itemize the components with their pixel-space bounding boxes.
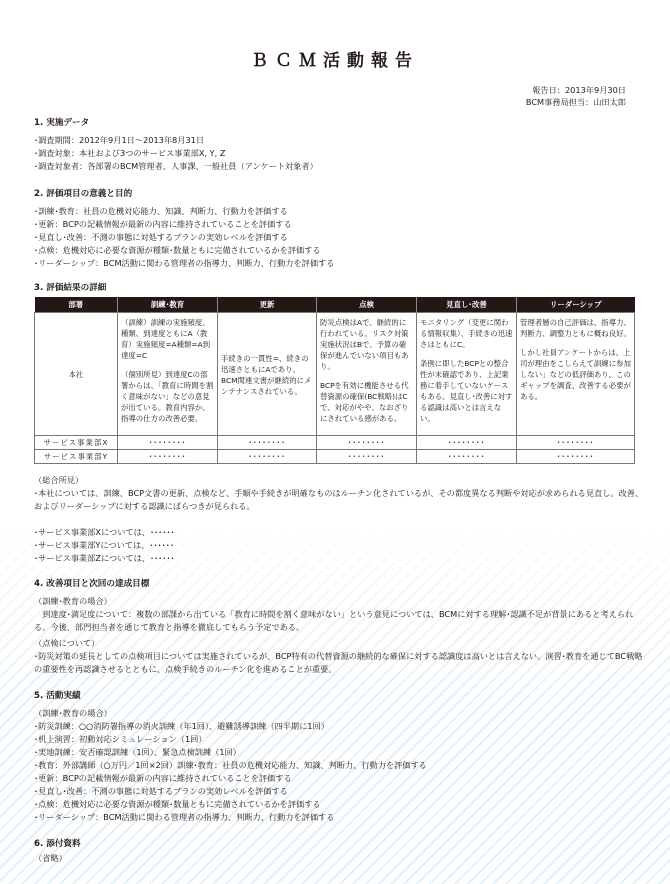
attachments-text: （省略） — [34, 852, 644, 865]
overall-findings: （総合所見） ･本社については、訓練、BCP文書の更新、点検など、手順や手続きが… — [34, 474, 644, 565]
section-heading: 5. 活動実績 — [34, 690, 644, 703]
report-author: BCM事務局担当：山田太郎 — [526, 96, 626, 108]
table-row: サービス事業部X ････････ ････････ ････････ ････… — [35, 436, 635, 450]
sub-label: （訓練･教育の場合） — [34, 707, 644, 720]
list-item: ･見直し･改善：不測の事態に対処するプランの実効レベルを評価する — [34, 231, 644, 244]
dept-cell: サービス事業部X — [35, 436, 118, 450]
cell-text: （訓練）訓練の実施頻度、種類、到達度ともにA（教育）実施頻度=A種類=A到達度=… — [121, 317, 214, 361]
section-evaluation-purpose: 2. 評価項目の意義と目的 ･訓練･教育：社員の危機対応能力、知識、判断力、行動… — [34, 188, 644, 270]
table-cell: ････････ — [517, 450, 635, 464]
list-item: ･調査対象：本社および3つのサービス事業部X, Y, Z — [34, 147, 644, 160]
table-cell: ････････ — [417, 450, 517, 464]
cell-text: モニタリング（変更に関わる情報収集）、手続きの迅速さはともにC。 — [420, 317, 513, 350]
report-page: ＢＣＭ活動報告 報告日：2013年9月30日 BCM事務局担当：山田太郎 1. … — [0, 0, 670, 884]
list-item: ･点検：危機対応に必要な資源が種類･数量ともに完備されているかを評価する — [34, 244, 644, 257]
table-row: 本社 （訓練）訓練の実施頻度、種類、到達度ともにA（教育）実施頻度=A種類=A到… — [35, 313, 635, 436]
list-item: ･調査対象者：各部署のBCM管理者、人事課、一般社員（アンケート対象者） — [34, 160, 644, 173]
table-cell: ････････ — [417, 436, 517, 450]
list-item: ･教育：外部講師（○万円／1回×2回）訓練･教育：社員の危機対応能力、知識、判断… — [34, 759, 644, 772]
column-header: 点検 — [317, 297, 417, 313]
cell-text: （個別所見）到達度Cの部署からは、「教育に時間を割く意味がない」などの意見が出て… — [121, 369, 214, 424]
cell-text: 管理者層の自己評価は、指導力、判断力、調整力ともに概ね良好。 — [520, 317, 631, 339]
table-cell: ････････ — [218, 450, 317, 464]
update-cell: 手続きの一貫性=、続きの迅速さともにAであり、BCM関連文書が継続的にメンテナン… — [218, 313, 317, 436]
table-cell: ････････ — [317, 450, 417, 464]
list-item: ･サービス事業部Xについては、･･････ — [34, 526, 644, 539]
list-item: ･机上演習：初動対応シミュレーション（1回） — [34, 733, 644, 746]
section-implementation-data: 1. 実施データ ･調査期間：2012年9月1日～2013年8月31日 ･調査対… — [34, 117, 644, 173]
section-heading: 6. 添付資料 — [34, 838, 644, 851]
list-item: ･サービス事業部Yについては、･･････ — [34, 539, 644, 552]
document-title: ＢＣＭ活動報告 — [0, 46, 670, 71]
review-cell: モニタリング（変更に関わる情報収集）、手続きの迅速さはともにC。 条例に即したB… — [417, 313, 517, 436]
cell-text: 手続きの一貫性=、続きの迅速さともにAであり、BCM関連文書が継続的にメンテナン… — [221, 353, 313, 397]
section-heading: 1. 実施データ — [34, 117, 644, 130]
section-attachments: 6. 添付資料 （省略） — [34, 838, 644, 865]
table-cell: ････････ — [118, 436, 218, 450]
table-header-row: 部署 訓練･教育 更新 点検 見直し･改善 リーダーシップ — [35, 297, 635, 313]
section-improvements: 4. 改善項目と次回の達成目標 （訓練･教育の場合） 到達度･満足度について：複… — [34, 578, 644, 676]
column-header: 更新 — [218, 297, 317, 313]
column-header: リーダーシップ — [517, 297, 635, 313]
table-cell: ････････ — [118, 450, 218, 464]
sub-label: （訓練･教育の場合） — [34, 595, 644, 608]
dept-cell: 本社 — [35, 313, 118, 436]
section-heading: 4. 改善項目と次回の達成目標 — [34, 578, 644, 591]
table-cell: ････････ — [317, 436, 417, 450]
list-item: ･サービス事業部Zについては、･･････ — [34, 552, 644, 565]
summary-label: （総合所見） — [34, 474, 644, 487]
inspection-cell: 防災点検はAで、継続的に行われている。リスク対策実施状況はBで、予算の確保が進ん… — [317, 313, 417, 436]
list-item: ･リーダーシップ：BCM活動に関わる管理者の指導力、判断力、行動力を評価する — [34, 811, 644, 824]
list-item: ･点検：危機対応に必要な資源が種類･数量ともに完備されているかを評価する — [34, 798, 644, 811]
cell-text: しかし社員アンケートからは、上司が理由をこしらえて訓練に参加しない」などの低評価… — [520, 347, 631, 402]
list-item: ･リーダーシップ：BCM活動に関わる管理者の指導力、判断力、行動力を評価する — [34, 257, 644, 270]
list-item: ･防災訓練：○○消防署指導の消火訓練（年1回）、避難誘導訓練（四半期に1回） — [34, 720, 644, 733]
column-header: 見直し･改善 — [417, 297, 517, 313]
column-header: 部署 — [35, 297, 118, 313]
summary-text: ･本社については、訓練、BCP文書の更新、点検など、手順や手続きが明確なものはル… — [34, 487, 644, 513]
section-heading: 2. 評価項目の意義と目的 — [34, 188, 644, 201]
sub-label: （点検について） — [34, 637, 644, 650]
list-item: ･実地訓練：安否確認訓練（1回）、緊急点検訓練（1回） — [34, 746, 644, 759]
column-header: 訓練･教育 — [118, 297, 218, 313]
list-item: ･調査期間：2012年9月1日～2013年8月31日 — [34, 134, 644, 147]
table-cell: ････････ — [517, 436, 635, 450]
cell-text: 条例に即したBCPとの整合性が未確認であり、上記業務に着手していないケースもある… — [420, 358, 513, 424]
section-activity-results: 5. 活動実績 （訓練･教育の場合） ･防災訓練：○○消防署指導の消火訓練（年1… — [34, 690, 644, 824]
results-table: 部署 訓練･教育 更新 点検 見直し･改善 リーダーシップ 本社 （訓練）訓練の… — [34, 297, 635, 464]
list-item: ･更新：BCPの記載情報が最新の内容に維持されていることを評価する — [34, 218, 644, 231]
list-item: ･見直し･改善：不測の事態に対処するプランの実効レベルを評価する — [34, 785, 644, 798]
paragraph: 到達度･満足度について：複数の部課から出ている「教育に時間を割く意味がない」とい… — [34, 608, 644, 634]
leadership-cell: 管理者層の自己評価は、指導力、判断力、調整力ともに概ね良好。 しかし社員アンケー… — [517, 313, 635, 436]
list-item: ･更新：BCPの記載情報が最新の内容に維持されていることを評価する — [34, 772, 644, 785]
dept-cell: サービス事業部Y — [35, 450, 118, 464]
cell-text: 防災点検はAで、継続的に行われている。リスク対策実施状況はBで、予算の確保が進ん… — [320, 317, 413, 372]
report-date: 報告日：2013年9月30日 — [526, 84, 626, 96]
section-heading: 3. 評価結果の詳細 — [34, 282, 644, 295]
training-cell: （訓練）訓練の実施頻度、種類、到達度ともにA（教育）実施頻度=A種類=A到達度=… — [118, 313, 218, 436]
table-cell: ････････ — [218, 436, 317, 450]
report-meta: 報告日：2013年9月30日 BCM事務局担当：山田太郎 — [526, 84, 626, 108]
table-row: サービス事業部Y ････････ ････････ ････････ ････… — [35, 450, 635, 464]
list-item: ･訓練･教育：社員の危機対応能力、知識、判断力、行動力を評価する — [34, 205, 644, 218]
paragraph: ･防災対策の延長としての点検項目については実施されているが、BCP特有の代替資源… — [34, 650, 644, 676]
cell-text: BCPを有効に機能させる代替資源の確保(BC戦略)はCで、対応がやや、なおざりに… — [320, 380, 413, 424]
